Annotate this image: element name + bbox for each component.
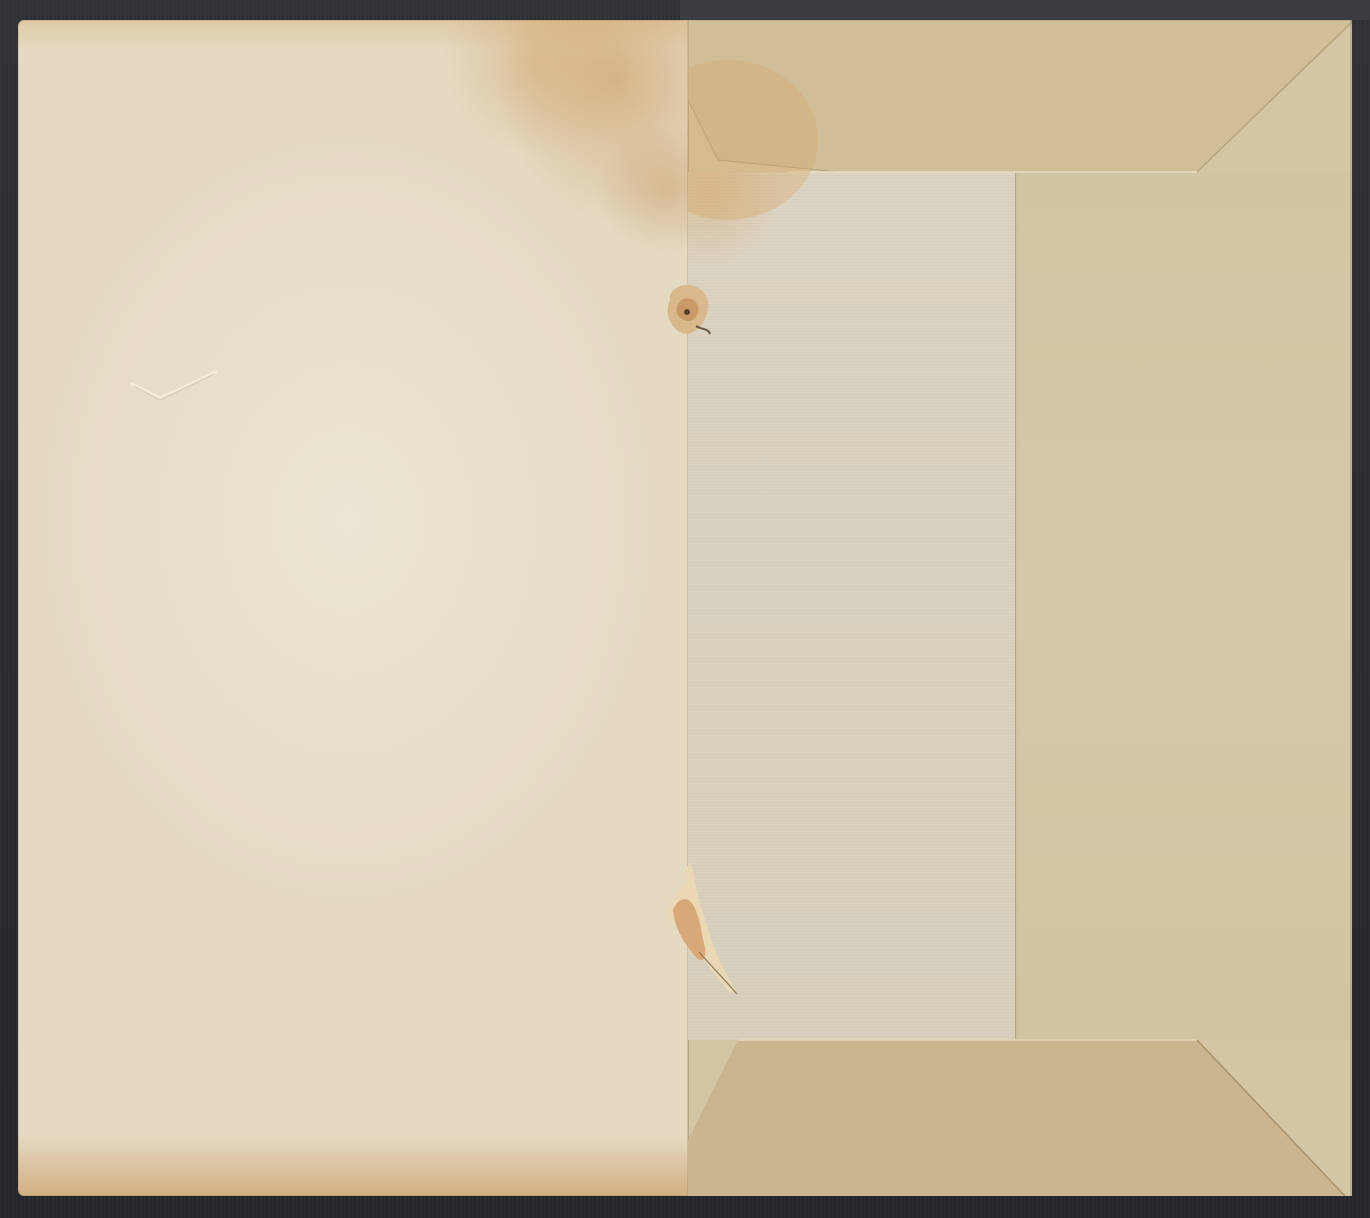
torn-hole-top — [660, 280, 720, 350]
left-flyleaf-page — [18, 20, 688, 1196]
right-inside-cover — [688, 20, 1352, 1196]
torn-fragment-bottom — [655, 860, 745, 1000]
bottom-flap — [688, 1040, 1345, 1196]
folded-flaps — [688, 20, 1352, 1196]
embossed-crease-mark — [130, 370, 220, 400]
background-edge — [680, 0, 1370, 20]
